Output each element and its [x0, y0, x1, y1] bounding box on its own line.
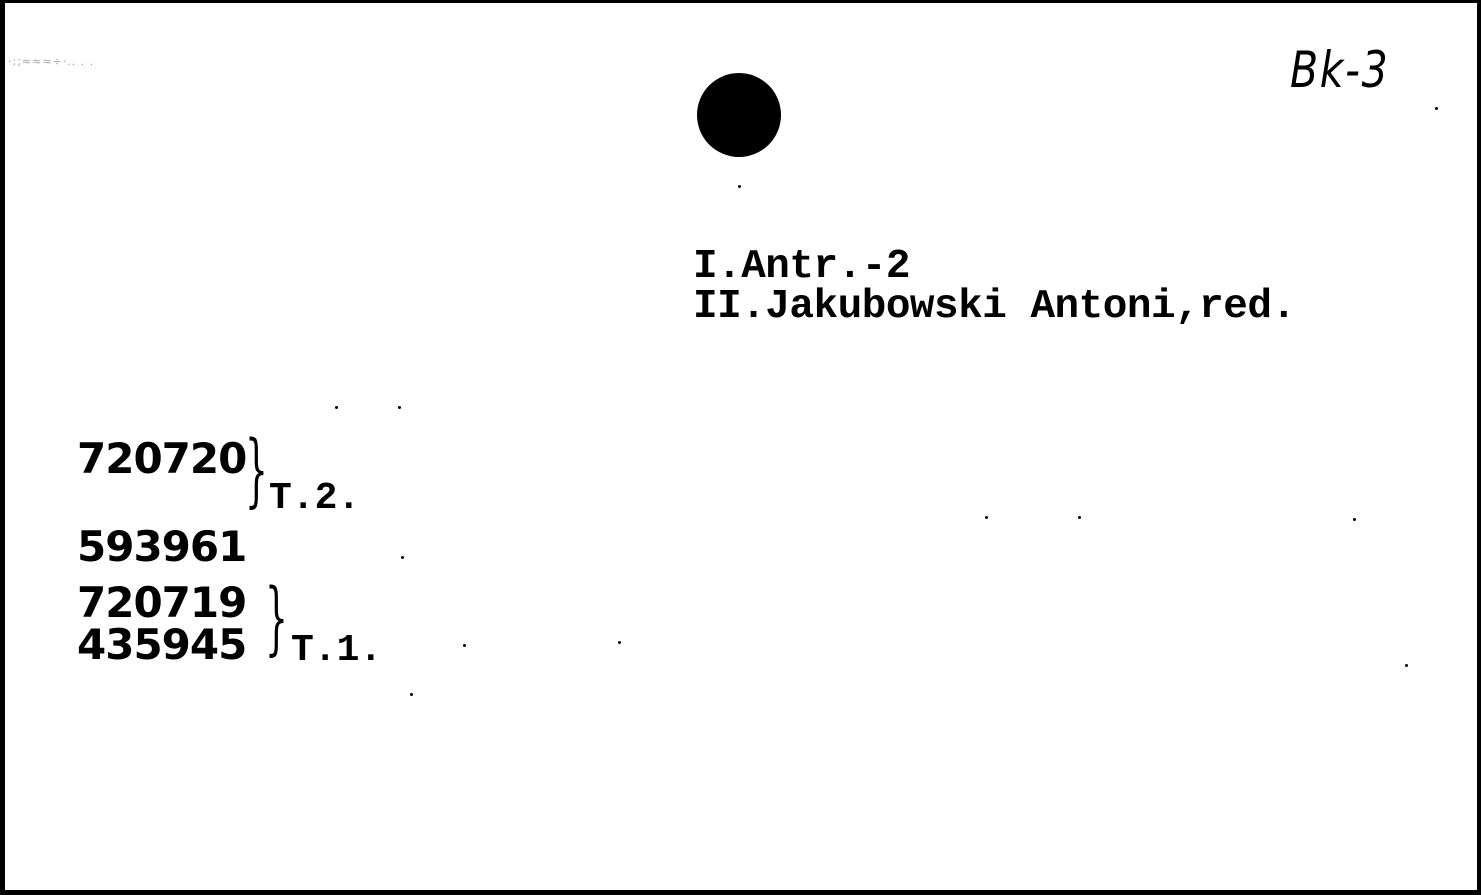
- inventory-number: 720719: [77, 582, 246, 624]
- speck: [1405, 664, 1408, 667]
- speck: [335, 406, 338, 409]
- punch-hole: [697, 73, 781, 157]
- brace-icon: }: [245, 430, 268, 510]
- speck: [738, 185, 741, 188]
- catalog-card: ·:;≈≈≈÷·.. . . Bk-3 I.Antr.-2 II.Jakubow…: [5, 3, 1477, 890]
- tracing-subject: I.Antr.-2: [693, 247, 1296, 287]
- tracings: I.Antr.-2 II.Jakubowski Antoni,red.: [693, 247, 1296, 327]
- holdings: 720720 } T.2. 593961 720719 } T.1. 43594…: [77, 438, 457, 708]
- speck: [985, 516, 988, 519]
- inventory-number: 720720: [77, 438, 246, 480]
- speck: [463, 644, 466, 647]
- speck: [398, 406, 401, 409]
- brace-icon: }: [265, 578, 288, 658]
- volume-label: T.1.: [291, 632, 382, 670]
- speck: [618, 641, 621, 644]
- volume-label: T.2.: [269, 480, 360, 518]
- faint-stamp: ·:;≈≈≈÷·.. . .: [8, 55, 238, 73]
- speck: [1435, 107, 1438, 110]
- shelf-mark: Bk-3: [1290, 41, 1389, 99]
- speck: [1353, 518, 1356, 521]
- inventory-number: 593961: [77, 526, 246, 568]
- inventory-number: 435945: [77, 624, 246, 666]
- speck: [1078, 516, 1081, 519]
- speck: [401, 556, 404, 559]
- tracing-editor: II.Jakubowski Antoni,red.: [693, 287, 1296, 327]
- speck: [410, 693, 413, 696]
